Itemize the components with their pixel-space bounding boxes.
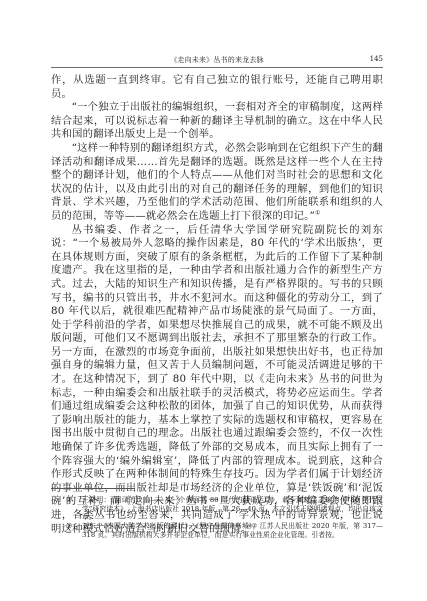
footnotes: ① 王晓明：《翻译的政治——从一个侧面看 80 年代的翻译运动》，载于刘复生主编… <box>66 496 383 540</box>
paragraph: 作，从选题一直到终审。它有自己独立的银行账号，还能自己聘用职员。 <box>51 74 383 101</box>
paragraph: 丛书编委、作者之一，后任清华大学国学研究院副院长的刘东说：“一个易被局外人忽略的… <box>51 224 383 537</box>
footnote-mark: ① <box>66 496 72 505</box>
paragraph: “一个独立于出版社的编辑组织，一套相对齐全的审稿制度，这两样结合起来，可以说标志… <box>51 101 383 142</box>
footnote-mark: ② <box>66 522 72 531</box>
footnote-text: 王晓明：《翻译的政治——从一个侧面看 80 年代的翻译运动》，载于刘复生主编的《… <box>82 496 383 521</box>
footnote-ref[interactable]: ① <box>315 210 321 217</box>
running-title: 《走向未来》丛书的来龙去脉 <box>51 55 383 65</box>
body-text: 作，从选题一直到终审。它有自己独立的银行账号，还能自己聘用职员。 “一个独立于出… <box>51 74 383 536</box>
paragraph: “这样一种特别的翻译组织方式，必然会影响到在它组织下产生的翻译活动和翻译成果……… <box>51 142 383 224</box>
footnote-divider <box>51 488 135 489</box>
footnote: ② 刘东：《中国大陆学术出版的现状》，《坚守坐拥的书城》，江苏人民出版社 202… <box>66 522 383 539</box>
footnote-text: 刘东：《中国大陆学术出版的现状》，《坚守坐拥的书城》，江苏人民出版社 2020 … <box>82 522 383 539</box>
paragraph-text: “这样一种特别的翻译组织方式，必然会影响到在它组织下产生的翻译活动和翻译成果……… <box>51 142 383 222</box>
page-number: 145 <box>370 55 383 63</box>
running-header: 《走向未来》丛书的来龙去脉 145 <box>51 52 383 68</box>
paragraph-text: “一个独立于出版社的编辑组织，一套相对齐全的审稿制度，这两样结合起来，可以说标志… <box>51 101 383 140</box>
footnote: ① 王晓明：《翻译的政治——从一个侧面看 80 年代的翻译运动》，载于刘复生主编… <box>66 496 383 522</box>
paragraph-text: 作，从选题一直到终审。它有自己独立的银行账号，还能自己聘用职员。 <box>51 74 383 100</box>
